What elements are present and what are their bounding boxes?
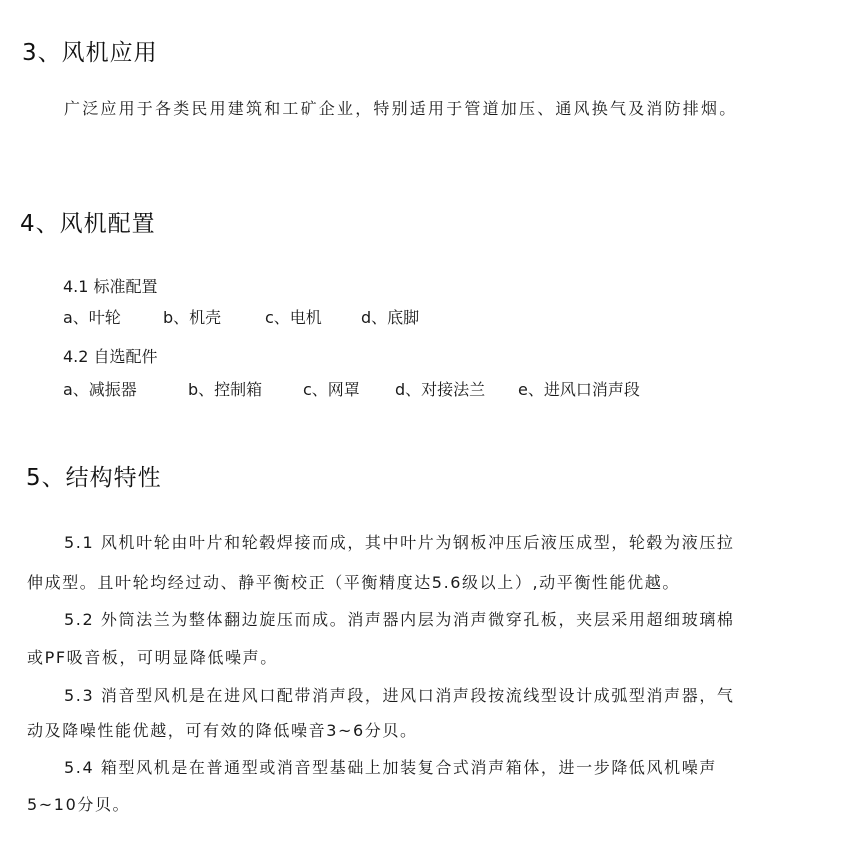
- paragraph-5-2-line-1: 5.2 外筒法兰为整体翻边旋压而成。消声器内层为消声微穿孔板，夹层采用超细玻璃棉: [64, 607, 735, 630]
- section-4-heading: 4、风机配置: [20, 205, 156, 238]
- section-3-body: 广泛应用于各类民用建筑和工矿企业，特别适用于管道加压、通风换气及消防排烟。: [64, 96, 737, 119]
- optional-item: a、减振器: [63, 377, 188, 400]
- paragraph-5-2-line-2: 或PF吸音板，可明显降低噪声。: [27, 645, 278, 668]
- paragraph-5-4-line-1: 5.4 箱型风机是在普通型或消音型基础上加装复合式消声箱体，进一步降低风机噪声: [64, 755, 717, 778]
- optional-item: b、控制箱: [188, 377, 303, 400]
- standard-config-title: 4.1 标准配置: [63, 274, 158, 297]
- optional-item: d、对接法兰: [395, 377, 518, 400]
- optional-item: e、进风口消声段: [518, 377, 640, 400]
- section-3-heading: 3、风机应用: [22, 34, 158, 67]
- optional-parts-title: 4.2 自选配件: [63, 344, 158, 367]
- optional-item: c、网罩: [303, 377, 395, 400]
- standard-item: c、电机: [265, 305, 361, 328]
- optional-parts-list: a、减振器 b、控制箱 c、网罩 d、对接法兰 e、进风口消声段: [63, 377, 640, 400]
- paragraph-5-3-line-2: 动及降噪性能优越，可有效的降低噪音3~6分贝。: [27, 718, 418, 741]
- standard-item: d、底脚: [361, 305, 419, 328]
- standard-item: a、叶轮: [63, 305, 163, 328]
- paragraph-5-4-line-2: 5~10分贝。: [27, 792, 130, 815]
- paragraph-5-1-line-2: 伸成型。且叶轮均经过动、静平衡校正（平衡精度达5.6级以上）,动平衡性能优越。: [27, 570, 680, 593]
- section-5-heading: 5、结构特性: [26, 459, 162, 492]
- paragraph-5-3-line-1: 5.3 消音型风机是在进风口配带消声段，进风口消声段按流线型设计成弧型消声器，气: [64, 683, 735, 706]
- standard-item: b、机壳: [163, 305, 265, 328]
- standard-config-list: a、叶轮 b、机壳 c、电机 d、底脚: [63, 305, 419, 328]
- paragraph-5-1-line-1: 5.1 风机叶轮由叶片和轮毂焊接而成，其中叶片为钢板冲压后液压成型，轮毂为液压拉: [64, 530, 735, 553]
